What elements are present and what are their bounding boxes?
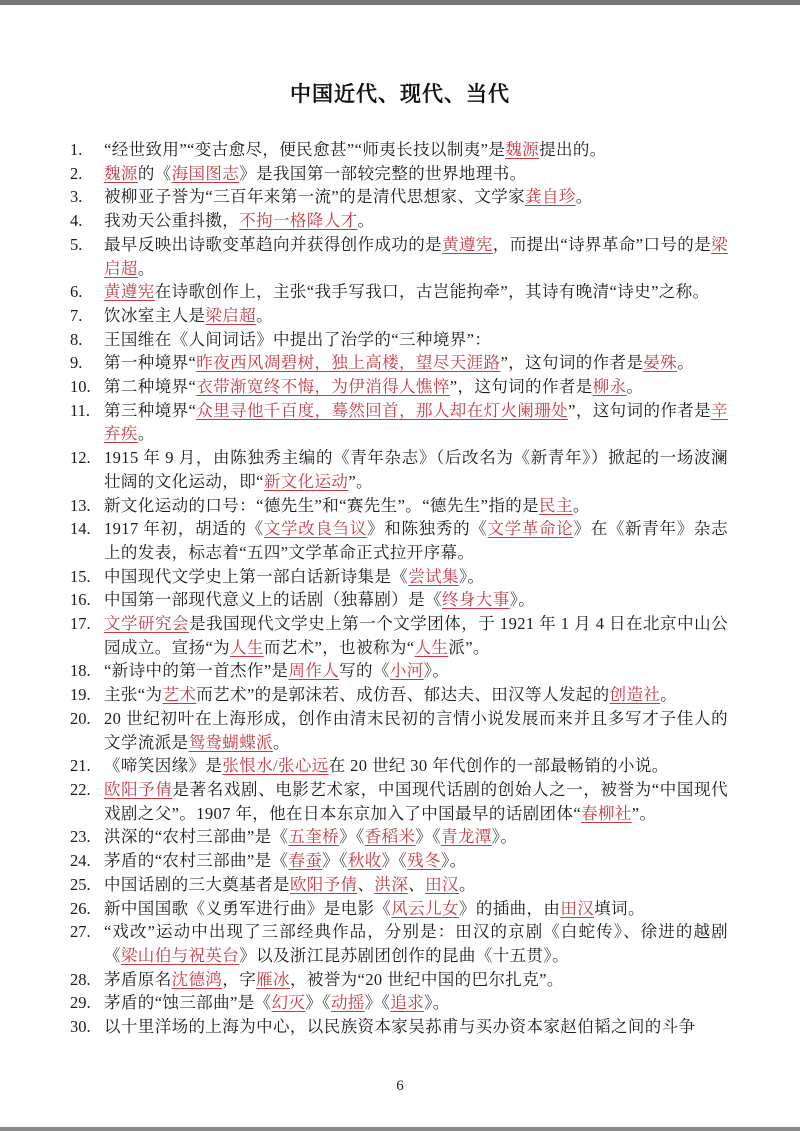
- item-text: “经世致用”“变古愈尽，便民愈甚”“师夷长技以制夷”是魏源提出的。: [104, 138, 728, 162]
- question-list: 1.“经世致用”“变古愈尽，便民愈甚”“师夷长技以制夷”是魏源提出的。2.魏源的…: [0, 138, 800, 1039]
- highlighted-answer: 魏源: [505, 140, 539, 159]
- list-item: 12.1915 年 9 月，由陈独秀主编的《青年杂志》（后改名为《新青年》）掀起…: [70, 446, 728, 493]
- plain-text: 。: [459, 875, 476, 894]
- plain-text: 。: [138, 424, 155, 443]
- list-item: 8.王国维在《人间词话》中提出了治学的“三种境界”：: [70, 328, 728, 352]
- list-item: 14.1917 年初，胡适的《文学改良刍议》和陈独秀的《文学革命论》在《新青年》…: [70, 517, 728, 564]
- list-item: 16.中国第一部现代意义上的话剧（独幕剧）是《终身大事》。: [70, 588, 728, 612]
- item-number: 23.: [70, 825, 104, 849]
- item-number: 2.: [70, 162, 104, 186]
- list-item: 28.茅盾原名沈德鸿，字雁冰，被誉为“20 世纪中国的巴尔扎克”。: [70, 968, 728, 992]
- item-text: 被柳亚子誉为“三百年来第一流”的是清代思想家、文学家龚自珍。: [104, 185, 728, 209]
- highlighted-answer: 春柳社: [581, 804, 632, 823]
- item-number: 25.: [70, 873, 104, 897]
- plain-text: 而艺术”的是郭沫若、成仿吾、郁达夫、田汉等人发起的: [196, 685, 609, 704]
- item-text: 王国维在《人间词话》中提出了治学的“三种境界”：: [104, 328, 728, 352]
- plain-text: 写的《: [339, 661, 390, 680]
- item-number: 4.: [70, 209, 104, 233]
- highlighted-answer: 田汉: [560, 899, 594, 918]
- item-text: 茅盾的“农村三部曲”是《春蚕》《秋收》《残冬》。: [104, 849, 728, 873]
- highlighted-answer: 人生: [415, 638, 449, 657]
- item-text: 《啼笑因缘》是张恨水/张心远在 20 世纪 30 年代创作的一部最畅销的小说。: [104, 754, 728, 778]
- plain-text: 。: [273, 733, 290, 752]
- highlighted-answer: 小河: [390, 661, 424, 680]
- highlighted-answer: 文学研究会: [104, 614, 189, 633]
- item-text: 1915 年 9 月，由陈独秀主编的《青年杂志》（后改名为《新青年》）掀起的一场…: [104, 446, 728, 493]
- plain-text: 被柳亚子誉为“三百年来第一流”的是清代思想家、文学家: [104, 187, 525, 206]
- plain-text: 中国现代文学史上第一部白话新诗集是《: [104, 567, 408, 586]
- plain-text: 。: [626, 377, 643, 396]
- plain-text: 。: [660, 685, 677, 704]
- plain-text: 。: [138, 259, 155, 278]
- plain-text: “经世致用”“变古愈尽，便民愈甚”“师夷长技以制夷”是: [104, 140, 505, 159]
- plain-text: ”，这句词的作者是: [450, 377, 593, 396]
- highlighted-answer: 海国图志: [172, 164, 240, 183]
- highlighted-answer: 风云儿女: [391, 899, 459, 918]
- item-text: 洪深的“农村三部曲”是《五奎桥》《香稻米》《青龙潭》。: [104, 825, 728, 849]
- list-item: 22.欧阳予倩是著名戏剧、电影艺术家，中国现代话剧的创始人之一，被誉为“中国现代…: [70, 778, 728, 825]
- item-text: 以十里洋场的上海为中心，以民族资本家吴荪甫与买办资本家赵伯韬之间的斗争: [104, 1015, 728, 1039]
- highlighted-answer: 柳永: [593, 377, 627, 396]
- plain-text: ，字: [222, 970, 256, 989]
- plain-text: 》以及浙江昆苏剧团创作的昆曲《十五贯》。: [239, 946, 569, 965]
- item-text: 饮冰室主人是梁启超。: [104, 304, 728, 328]
- list-item: 17.文学研究会是我国现代文学史上第一个文学团体，于 1921 年 1 月 4 …: [70, 612, 728, 659]
- highlighted-answer: 衣带渐宽终不悔，为伊消得人憔悴: [196, 377, 450, 396]
- item-number: 8.: [70, 328, 104, 352]
- list-item: 3.被柳亚子誉为“三百年来第一流”的是清代思想家、文学家龚自珍。: [70, 185, 728, 209]
- list-item: 1.“经世致用”“变古愈尽，便民愈甚”“师夷长技以制夷”是魏源提出的。: [70, 138, 728, 162]
- highlighted-answer: 众里寻他千百度，蓦然回首，那人却在灯火阑珊处: [196, 401, 568, 420]
- list-item: 4.我劝天公重抖擞，不拘一格降人才。: [70, 209, 728, 233]
- plain-text: 茅盾的“蚀三部曲”是《: [104, 993, 272, 1012]
- item-number: 26.: [70, 897, 104, 921]
- plain-text: 饮冰室主人是: [104, 306, 205, 325]
- plain-text: 第三种境界“: [104, 401, 196, 420]
- item-number: 3.: [70, 185, 104, 209]
- item-number: 27.: [70, 920, 104, 967]
- plain-text: 提出的。: [539, 140, 607, 159]
- plain-text: ”。: [632, 804, 657, 823]
- highlighted-answer: 民主: [539, 496, 573, 515]
- plain-text: 茅盾原名: [104, 970, 172, 989]
- plain-text: 。: [677, 353, 694, 372]
- list-item: 9.第一种境界“昨夜西风凋碧树，独上高楼，望尽天涯路”，这句词的作者是晏殊。: [70, 351, 728, 375]
- item-number: 20.: [70, 707, 104, 754]
- page-title: 中国近代、现代、当代: [0, 80, 800, 108]
- item-number: 24.: [70, 849, 104, 873]
- plain-text: 》是我国第一部较完整的世界地理书。: [239, 164, 526, 183]
- item-number: 7.: [70, 304, 104, 328]
- plain-text: 王国维在《人间词话》中提出了治学的“三种境界”：: [104, 330, 491, 349]
- plain-text: 》。: [492, 827, 518, 846]
- plain-text: 》。: [459, 567, 485, 586]
- plain-text: 最早反映出诗歌变革趋向并获得创作成功的是: [104, 235, 442, 254]
- list-item: 6.黄遵宪在诗歌创作上，主张“我手写我口，古岂能拘牵”，其诗有晚清“诗史”之称。: [70, 280, 728, 304]
- item-text: 中国话剧的三大奠基者是欧阳予倩、洪深、田汉。: [104, 873, 728, 897]
- item-number: 17.: [70, 612, 104, 659]
- highlighted-answer: 沈德鸿: [172, 970, 223, 989]
- list-item: 11.第三种境界“众里寻他千百度，蓦然回首，那人却在灯火阑珊处”，这句词的作者是…: [70, 399, 728, 446]
- plain-text: 而艺术”，也被称为“: [264, 638, 415, 657]
- item-text: 20 世纪初叶在上海形成，创作由清末民初的言情小说发展而来并且多写才子佳人的文学…: [104, 707, 728, 754]
- plain-text: 》《: [322, 851, 348, 870]
- plain-text: 洪深的“农村三部曲”是《: [104, 827, 288, 846]
- highlighted-answer: 新文化运动: [264, 472, 349, 491]
- highlighted-answer: 残冬: [407, 851, 441, 870]
- list-item: 5.最早反映出诗歌变革趋向并获得创作成功的是黄遵宪，而提出“诗界革命”口号的是梁…: [70, 233, 728, 280]
- top-border: [0, 0, 800, 5]
- plain-text: 派”。: [448, 638, 490, 657]
- plain-text: ，而提出“诗界革命”口号的是: [493, 235, 711, 254]
- plain-text: 新文化运动的口号：“德先生”和“赛先生”。“德先生”指的是: [104, 496, 539, 515]
- list-item: 18.“新诗中的第一首杰作”是周作人写的《小河》。: [70, 659, 728, 683]
- highlighted-answer: 青龙潭: [441, 827, 492, 846]
- highlighted-answer: 田汉: [425, 875, 459, 894]
- item-text: 黄遵宪在诗歌创作上，主张“我手写我口，古岂能拘牵”，其诗有晚清“诗史”之称。: [104, 280, 728, 304]
- item-text: 主张“为艺术而艺术”的是郭沫若、成仿吾、郁达夫、田汉等人发起的创造社。: [104, 683, 728, 707]
- plain-text: 中国第一部现代意义上的话剧（独幕剧）是《: [104, 590, 442, 609]
- list-item: 30.以十里洋场的上海为中心，以民族资本家吴荪甫与买办资本家赵伯韬之间的斗争: [70, 1015, 728, 1039]
- item-text: 文学研究会是我国现代文学史上第一个文学团体，于 1921 年 1 月 4 日在北…: [104, 612, 728, 659]
- item-number: 22.: [70, 778, 104, 825]
- highlighted-answer: 文学改良刍议: [264, 519, 367, 538]
- item-text: 1917 年初，胡适的《文学改良刍议》和陈独秀的《文学革命论》在《新青年》杂志上…: [104, 517, 728, 564]
- highlighted-answer: 昨夜西风凋碧树，独上高楼，望尽天涯路: [196, 353, 500, 372]
- highlighted-answer: 尝试集: [408, 567, 459, 586]
- item-number: 16.: [70, 588, 104, 612]
- item-number: 18.: [70, 659, 104, 683]
- highlighted-answer: 追求: [390, 993, 424, 1012]
- plain-text: ，被誉为“20 世纪中国的巴尔扎克”。: [290, 970, 564, 989]
- item-text: “新诗中的第一首杰作”是周作人写的《小河》。: [104, 659, 728, 683]
- plain-text: 在 20 世纪 30 年代创作的一部最畅销的小说。: [329, 756, 669, 775]
- highlighted-answer: 幻灭: [272, 993, 306, 1012]
- plain-text: 》和陈独秀的《: [367, 519, 487, 538]
- list-item: 25.中国话剧的三大奠基者是欧阳予倩、洪深、田汉。: [70, 873, 728, 897]
- list-item: 10.第二种境界“衣带渐宽终不悔，为伊消得人憔悴”，这句词的作者是柳永。: [70, 375, 728, 399]
- highlighted-answer: 洪深: [374, 875, 408, 894]
- page-number: 6: [0, 1078, 800, 1095]
- list-item: 20.20 世纪初叶在上海形成，创作由清末民初的言情小说发展而来并且多写才子佳人…: [70, 707, 728, 754]
- item-text: 魏源的《海国图志》是我国第一部较完整的世界地理书。: [104, 162, 728, 186]
- plain-text: 。: [256, 306, 273, 325]
- item-number: 14.: [70, 517, 104, 564]
- list-item: 27.“戏改”运动中出现了三部经典作品，分别是：田汉的京剧《白蛇传》、徐进的越剧…: [70, 920, 728, 967]
- plain-text: 》《: [365, 993, 391, 1012]
- item-number: 1.: [70, 138, 104, 162]
- list-item: 21.《啼笑因缘》是张恨水/张心远在 20 世纪 30 年代创作的一部最畅销的小…: [70, 754, 728, 778]
- highlighted-answer: 艺术: [162, 685, 196, 704]
- highlighted-answer: 黄遵宪: [442, 235, 493, 254]
- highlighted-answer: 春蚕: [288, 851, 322, 870]
- item-number: 10.: [70, 375, 104, 399]
- plain-text: 》。: [441, 851, 467, 870]
- highlighted-answer: 周作人: [288, 661, 339, 680]
- highlighted-answer: 魏源: [104, 164, 138, 183]
- item-text: 茅盾的“蚀三部曲”是《幻灭》《动摇》《追求》。: [104, 991, 728, 1015]
- plain-text: 。: [358, 211, 375, 230]
- item-number: 13.: [70, 494, 104, 518]
- highlighted-answer: 文学革命论: [487, 519, 573, 538]
- highlighted-answer: 秋收: [348, 851, 382, 870]
- item-number: 19.: [70, 683, 104, 707]
- plain-text: 》《: [382, 851, 408, 870]
- plain-text: 以十里洋场的上海为中心，以民族资本家吴荪甫与买办资本家赵伯韬之间的斗争: [104, 1017, 696, 1036]
- highlighted-answer: 终身大事: [442, 590, 510, 609]
- item-text: 欧阳予倩是著名戏剧、电影艺术家，中国现代话剧的创始人之一，被誉为“中国现代戏剧之…: [104, 778, 728, 825]
- plain-text: ”，这句词的作者是: [500, 353, 643, 372]
- plain-text: 填词。: [594, 899, 645, 918]
- list-item: 13.新文化运动的口号：“德先生”和“赛先生”。“德先生”指的是民主。: [70, 494, 728, 518]
- highlighted-answer: 创造社: [610, 685, 661, 704]
- item-text: 最早反映出诗歌变革趋向并获得创作成功的是黄遵宪，而提出“诗界革命”口号的是梁启超…: [104, 233, 728, 280]
- plain-text: 》。: [510, 590, 536, 609]
- item-text: 中国现代文学史上第一部白话新诗集是《尝试集》。: [104, 565, 728, 589]
- item-number: 6.: [70, 280, 104, 304]
- highlighted-answer: 黄遵宪: [104, 282, 155, 301]
- list-item: 2.魏源的《海国图志》是我国第一部较完整的世界地理书。: [70, 162, 728, 186]
- plain-text: 主张“为: [104, 685, 162, 704]
- plain-text: 》《: [305, 993, 331, 1012]
- plain-text: 茅盾的“农村三部曲”是《: [104, 851, 288, 870]
- bottom-border: [0, 1127, 800, 1131]
- plain-text: 、: [358, 875, 375, 894]
- plain-text: 1915 年 9 月，由陈独秀主编的《青年杂志》（后改名为《新青年》）掀起的一场…: [104, 448, 728, 491]
- plain-text: 、: [408, 875, 425, 894]
- highlighted-answer: 不拘一格降人才: [239, 211, 357, 230]
- list-item: 26.新中国国歌《义勇军进行曲》是电影《风云儿女》的插曲，由田汉填词。: [70, 897, 728, 921]
- list-item: 24.茅盾的“农村三部曲”是《春蚕》《秋收》《残冬》。: [70, 849, 728, 873]
- item-text: 第二种境界“衣带渐宽终不悔，为伊消得人憔悴”，这句词的作者是柳永。: [104, 375, 728, 399]
- plain-text: 。: [573, 496, 590, 515]
- plain-text: 》的插曲，由: [459, 899, 560, 918]
- document-page: 中国近代、现代、当代 1.“经世致用”“变古愈尽，便民愈甚”“师夷长技以制夷”是…: [0, 80, 800, 1039]
- item-number: 15.: [70, 565, 104, 589]
- plain-text: 》《: [339, 827, 365, 846]
- item-text: “戏改”运动中出现了三部经典作品，分别是：田汉的京剧《白蛇传》、徐进的越剧《梁山…: [104, 920, 728, 967]
- list-item: 15.中国现代文学史上第一部白话新诗集是《尝试集》。: [70, 565, 728, 589]
- item-text: 第一种境界“昨夜西风凋碧树，独上高楼，望尽天涯路”，这句词的作者是晏殊。: [104, 351, 728, 375]
- plain-text: 的《: [138, 164, 172, 183]
- highlighted-answer: 欧阳予倩: [104, 780, 172, 799]
- plain-text: ”，这句词的作者是: [568, 401, 711, 420]
- item-text: 新中国国歌《义勇军进行曲》是电影《风云儿女》的插曲，由田汉填词。: [104, 897, 728, 921]
- item-number: 30.: [70, 1015, 104, 1039]
- item-number: 28.: [70, 968, 104, 992]
- highlighted-answer: 人生: [230, 638, 264, 657]
- plain-text: 新中国国歌《义勇军进行曲》是电影《: [104, 899, 391, 918]
- highlighted-answer: 张恨水/张心远: [222, 756, 328, 775]
- highlighted-answer: 鸳鸯蝴蝶派: [189, 733, 274, 752]
- plain-text: 第二种境界“: [104, 377, 196, 396]
- item-number: 11.: [70, 399, 104, 446]
- plain-text: 》。: [424, 661, 450, 680]
- plain-text: 中国话剧的三大奠基者是: [104, 875, 290, 894]
- highlighted-answer: 动摇: [331, 993, 365, 1012]
- plain-text: 第一种境界“: [104, 353, 196, 372]
- plain-text: 》。: [424, 993, 450, 1012]
- item-number: 12.: [70, 446, 104, 493]
- plain-text: 1917 年初，胡适的《: [104, 519, 264, 538]
- item-text: 茅盾原名沈德鸿，字雁冰，被誉为“20 世纪中国的巴尔扎克”。: [104, 968, 728, 992]
- plain-text: 在诗歌创作上，主张“我手写我口，古岂能拘牵”，其诗有晚清“诗史”之称。: [155, 282, 710, 301]
- highlighted-answer: 香稻米: [365, 827, 416, 846]
- item-number: 5.: [70, 233, 104, 280]
- item-text: 第三种境界“众里寻他千百度，蓦然回首，那人却在灯火阑珊处”，这句词的作者是辛弃疾…: [104, 399, 728, 446]
- item-text: 新文化运动的口号：“德先生”和“赛先生”。“德先生”指的是民主。: [104, 494, 728, 518]
- item-number: 29.: [70, 991, 104, 1015]
- plain-text: ”。: [348, 472, 373, 491]
- highlighted-answer: 龚自珍: [525, 187, 576, 206]
- list-item: 7.饮冰室主人是梁启超。: [70, 304, 728, 328]
- list-item: 19.主张“为艺术而艺术”的是郭沫若、成仿吾、郁达夫、田汉等人发起的创造社。: [70, 683, 728, 707]
- item-number: 21.: [70, 754, 104, 778]
- highlighted-answer: 梁启超: [205, 306, 256, 325]
- highlighted-answer: 梁山伯与祝英台: [121, 946, 239, 965]
- highlighted-answer: 晏殊: [643, 353, 677, 372]
- item-text: 我劝天公重抖擞，不拘一格降人才。: [104, 209, 728, 233]
- highlighted-answer: 五奎桥: [288, 827, 339, 846]
- plain-text: 。: [576, 187, 593, 206]
- plain-text: “新诗中的第一首杰作”是: [104, 661, 288, 680]
- list-item: 23.洪深的“农村三部曲”是《五奎桥》《香稻米》《青龙潭》。: [70, 825, 728, 849]
- item-number: 9.: [70, 351, 104, 375]
- list-item: 29.茅盾的“蚀三部曲”是《幻灭》《动摇》《追求》。: [70, 991, 728, 1015]
- highlighted-answer: 雁冰: [256, 970, 290, 989]
- item-text: 中国第一部现代意义上的话剧（独幕剧）是《终身大事》。: [104, 588, 728, 612]
- plain-text: 我劝天公重抖擞，: [104, 211, 239, 230]
- highlighted-answer: 欧阳予倩: [290, 875, 358, 894]
- plain-text: 《啼笑因缘》是: [104, 756, 222, 775]
- plain-text: 》《: [415, 827, 441, 846]
